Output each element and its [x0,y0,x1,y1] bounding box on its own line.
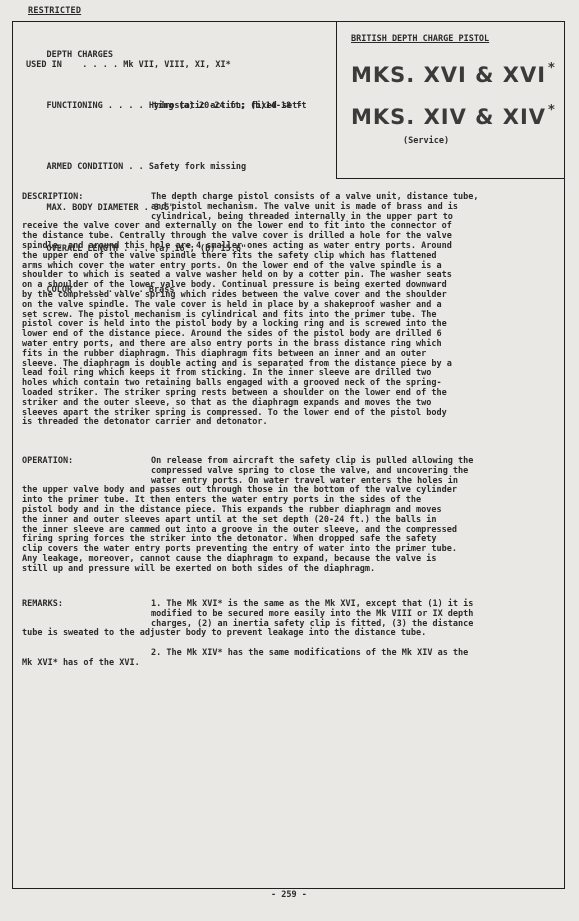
section-heading: OPERATION: [22,457,73,467]
asterisk-mark: * [548,103,556,118]
document-title-line-1: MKS. XVI & XVI* [351,61,556,87]
spec-label: FUNCTIONING [46,101,102,111]
spec-functioning: FUNCTIONING . . . . Hydrostatic action; … [26,91,302,131]
remark-1-lead: 1. The Mk XVI* is the same as the Mk XVI… [22,600,562,629]
asterisk-mark: * [548,61,556,76]
document-subtitle: BRITISH DEPTH CHARGE PISTOL [351,34,489,44]
page-number: - 259 - [271,890,307,900]
section-heading: REMARKS: [22,600,63,610]
title-line-1-text: MKS. XVI & XVI [351,63,546,87]
title-line-2-text: MKS. XIV & XIV [351,105,546,129]
operation-section: OPERATION: On release from aircraft the … [22,457,562,575]
document-title-line-2: MKS. XIV & XIV* [351,103,556,129]
spec-value-continued: ting (a) 20-24 ft; (b)14-18 ft [153,101,307,111]
spec-used-in: DEPTH CHARGES USED IN . . . . Mk VII, VI… [26,40,302,80]
section-body-text: the upper valve body and passes out thro… [22,486,562,574]
remark-1-body: tube is sweated to the adjuster body to … [22,629,562,639]
section-body-text: receive the valve cover and externally o… [22,222,562,428]
title-box: BRITISH DEPTH CHARGE PISTOL MKS. XVI & X… [336,21,564,179]
classification-marking: RESTRICTED [28,6,81,16]
section-lead-text: On release from aircraft the safety clip… [22,457,562,486]
spec-armed-condition: ARMED CONDITION . . Safety fork missing [26,152,302,182]
remark-2-body: Mk XVI* has of the XVI. [22,659,562,669]
description-section: DESCRIPTION: The depth charge pistol con… [22,193,562,428]
section-heading: DESCRIPTION: [22,193,83,203]
service-status: (Service) [403,136,449,146]
spec-value: Safety fork missing [149,162,246,172]
section-lead-text: The depth charge pistol consists of a va… [22,193,562,222]
spec-label: ARMED CONDITION [46,162,123,172]
spec-leader: . . . . [62,60,123,70]
spec-leader: . . [123,162,149,172]
spec-value: Mk VII, VIII, XI, XI* [123,60,230,70]
remarks-section: REMARKS: 1. The Mk XVI* is the same as t… [22,600,562,669]
spec-leader: . . . . [103,101,149,111]
